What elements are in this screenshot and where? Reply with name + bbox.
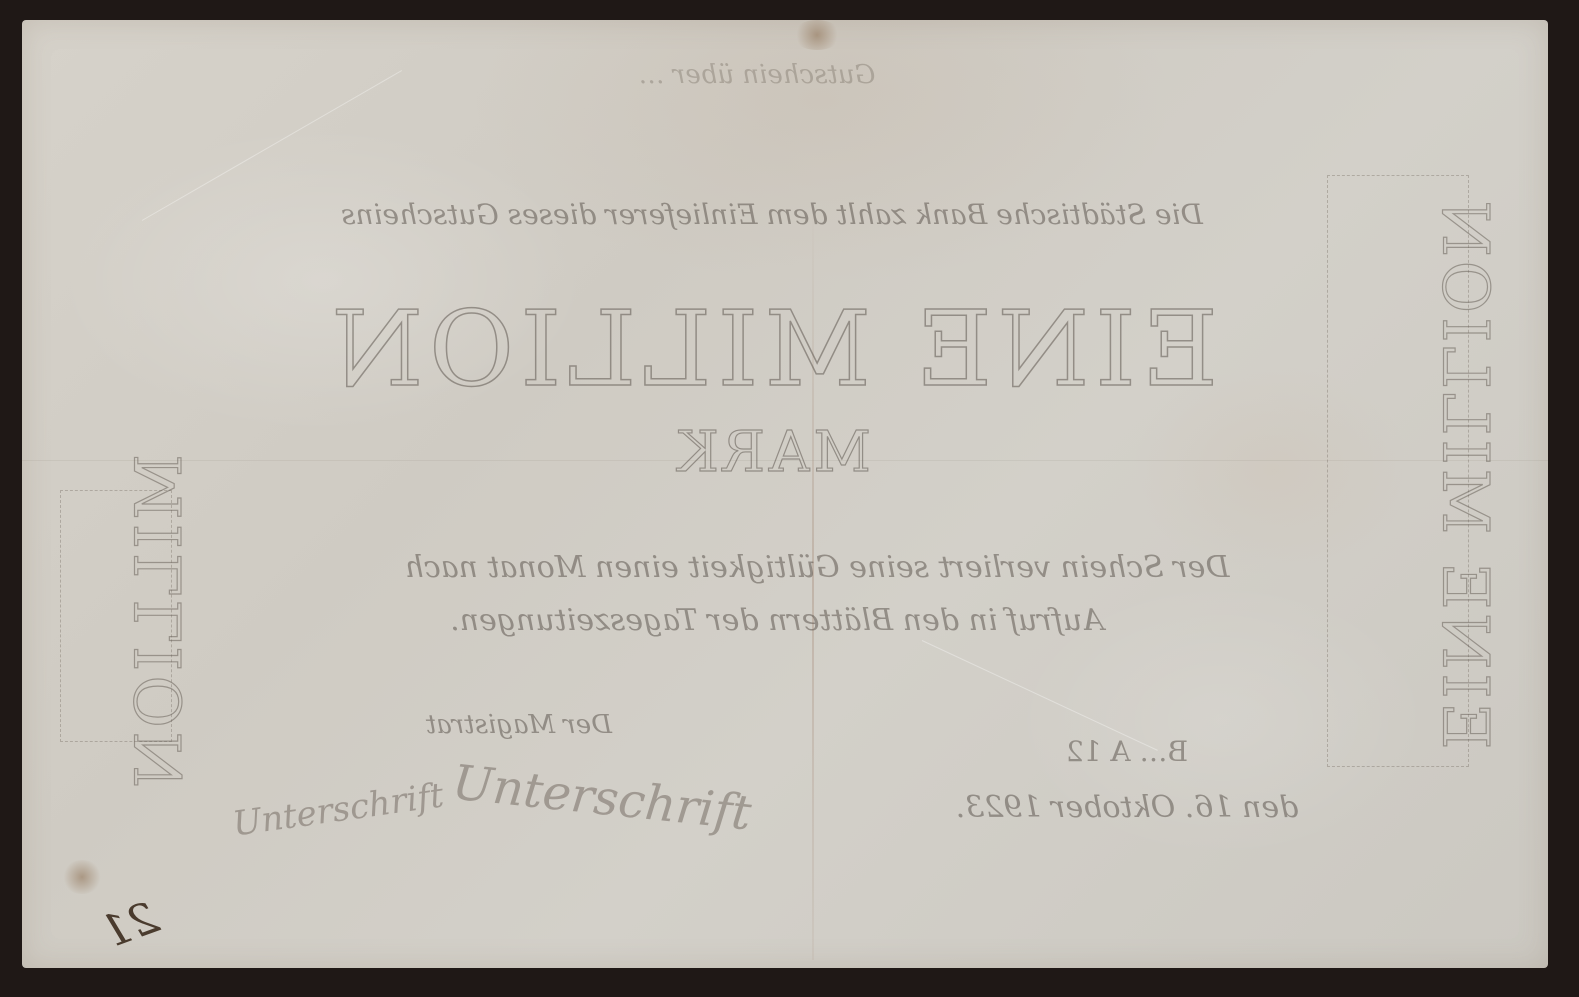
bleed-signatory: Der Magistrat [442,710,612,740]
bleed-validity-line-2: Aufruf in den Blättern der Tageszeitunge… [362,603,1192,638]
banknote: Gutschein über … Die Städtische Bank zah… [22,20,1548,968]
bleed-top-line: Gutschein über … [282,60,1232,90]
side-panel-right: EINE MILLION [1327,175,1469,767]
side-panel-left-text: MILLION [123,454,197,792]
stain [792,20,842,50]
bleed-validity-line-1: Der Schein verliert seine Gültigkeit ein… [312,550,1322,585]
bleed-currency: MARK [582,420,962,485]
signature-right: Unterschrift [450,754,754,841]
bleed-issuer-line: Die Städtische Bank zahlt dem Einliefere… [222,198,1322,231]
stain [62,860,102,894]
bleed-place: B… A 12 [1012,735,1242,768]
signature-left: Unterschrift [230,775,446,844]
bleed-amount-word: EINE MILLION [242,288,1302,410]
bleed-date: den 16. Oktober 1923. [902,790,1352,825]
side-panel-right-text: EINE MILLION [1427,197,1501,750]
side-panel-left: MILLION [60,490,172,742]
pencil-mark: 21 [95,892,165,959]
